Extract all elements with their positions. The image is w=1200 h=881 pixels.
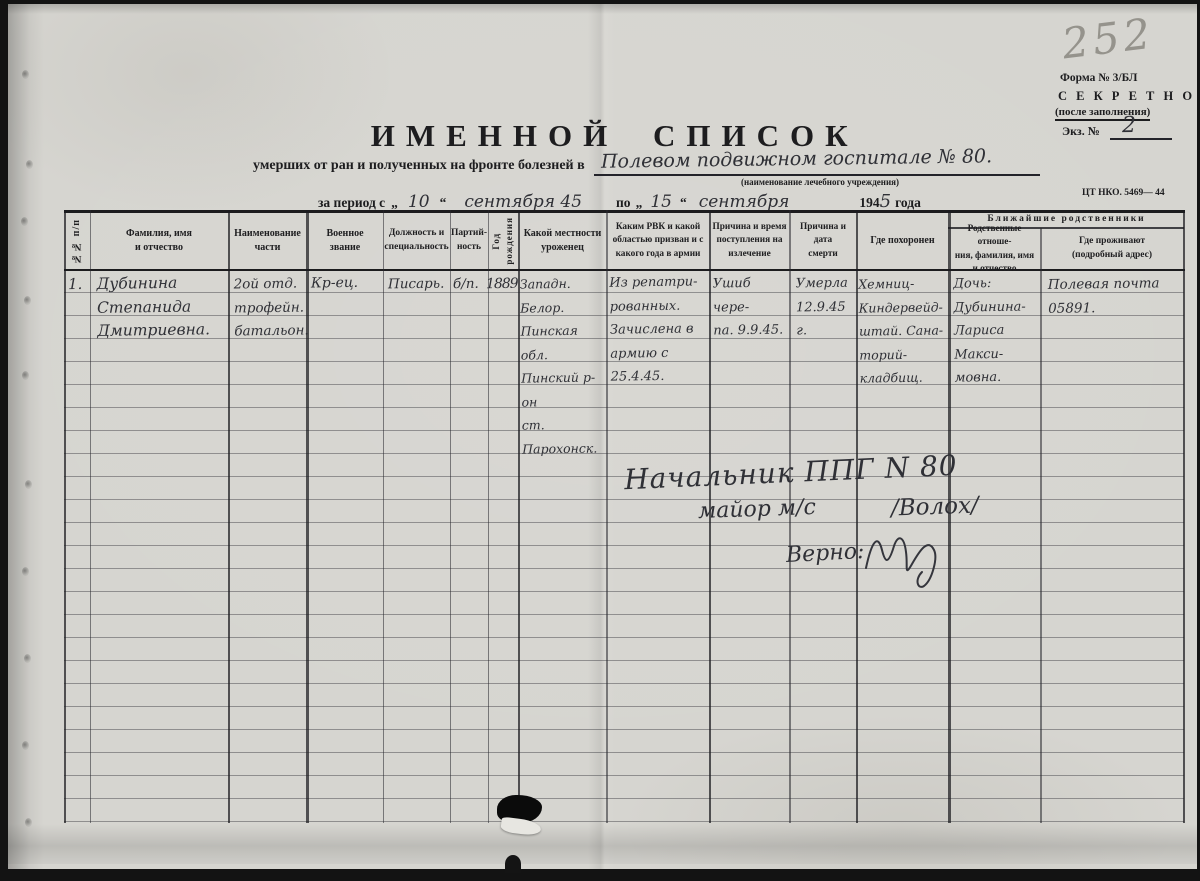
close-quote: “ — [680, 195, 687, 211]
col-header-address: Где проживают (подробный адрес) — [1042, 229, 1182, 268]
column-line — [488, 210, 489, 823]
cell-burial: Хемниц- Киндервейд- штай. Сана- торий-кл… — [858, 271, 949, 390]
punch-hole — [26, 160, 33, 169]
cell-party: б/п. — [453, 276, 479, 292]
col-header-death: Причина и дата смерти — [791, 213, 855, 269]
cell-position: Писарь. — [388, 276, 448, 293]
punch-hole — [25, 480, 32, 489]
col-header-name: Фамилия, имя и отчество — [92, 213, 226, 269]
col-header-rank: Военное звание — [308, 213, 382, 269]
col-header-birth-year: Год рождения — [489, 214, 517, 268]
year-suffix: года — [895, 195, 921, 211]
col-header-drafted: Каким РВК и какой областью призван и с к… — [608, 213, 708, 269]
cell-name: Дубинина Степанида Дмитриевна. — [97, 271, 228, 343]
year-printed: 194 — [859, 195, 879, 211]
punch-hole — [24, 654, 31, 663]
col-header-relation: Родственные отноше- ния, фамилия, имя и … — [950, 229, 1039, 268]
open-quote: „ — [636, 195, 643, 211]
bottom-crease — [8, 824, 1197, 864]
subtitle-printed: умерших от ран и полученных на фронте бо… — [253, 158, 585, 174]
col-header-burial: Где похоронен — [858, 213, 947, 269]
bottom-edge-notch — [505, 855, 521, 873]
cell-address: Полевая почта 05891. — [1048, 272, 1181, 321]
row-number: 1. — [68, 275, 83, 293]
punch-hole — [21, 217, 28, 226]
table-right-border — [1183, 210, 1185, 823]
punch-hole — [22, 371, 29, 380]
cell-drafted: Из репатри- рованных. Зачислена в армию … — [609, 270, 710, 389]
punch-hole — [22, 567, 29, 576]
copy-number-handwritten: 2 — [1122, 113, 1136, 138]
close-quote: “ — [440, 195, 447, 211]
signature-name: /Волох/ — [891, 492, 980, 521]
period-to-label: по — [616, 195, 631, 211]
period-prefix: за период с — [318, 195, 385, 211]
column-line — [306, 210, 309, 823]
signature-scribble — [858, 520, 968, 590]
punch-hole — [24, 296, 31, 305]
cell-unit: 2ой отд. трофейн. батальон. — [234, 273, 307, 344]
punch-hole — [22, 70, 29, 79]
secrecy-stamp: С Е К Р Е Т Н О — [1058, 89, 1195, 104]
open-quote: „ — [391, 195, 398, 211]
subtitle-underline — [594, 174, 1040, 176]
col-header-unit: Наименование части — [230, 213, 305, 269]
certified-label: Верно: — [785, 539, 865, 568]
table-left-border — [64, 210, 66, 823]
col-header-birthplace: Какой местности уроженец — [520, 213, 605, 269]
form-reference: Форма № 3/БЛ — [1060, 72, 1138, 84]
column-line — [606, 210, 608, 823]
cell-birth-year: 1889 — [486, 276, 518, 292]
col-header-num: №№ п/п — [65, 214, 89, 268]
column-line — [383, 210, 384, 823]
cell-relatives: Дочь: Дубинина- Лариса Макси- мовна. — [953, 271, 1042, 390]
copy-number-underline — [1110, 138, 1172, 140]
print-shop-reference: ЦТ НКО. 5469— 44 — [1082, 188, 1165, 198]
cell-birthplace: Западн. Белор. Пинская обл. Пинский р-он… — [520, 271, 608, 460]
signature-rank: майор м/с — [698, 495, 817, 524]
cell-admission: Ушиб чере- па. 9.9.45. — [713, 271, 790, 343]
scanned-document: 252 Форма № 3/БЛ С Е К Р Е Т Н О (после … — [0, 0, 1200, 881]
copy-label: Экз. № — [1062, 124, 1100, 139]
cell-death: Умерла 12.9.45 г. — [796, 272, 859, 343]
col-header-admission: Причина и время поступления на излечение — [711, 213, 788, 269]
cell-rank: Кр-ец. — [311, 275, 381, 292]
col-header-party: Партий- ность — [452, 213, 486, 269]
col-header-position: Должность и специальность — [385, 213, 448, 269]
column-line — [450, 210, 451, 823]
binding-shadow — [8, 4, 44, 869]
column-line — [228, 210, 230, 823]
punch-hole — [25, 818, 32, 827]
year-digit-handwritten: 5 — [880, 191, 891, 212]
punch-hole — [22, 741, 29, 750]
subtitle-caption: (наименование лечебного учреждения) — [650, 177, 990, 187]
secrecy-note: (после заполнения) — [1055, 106, 1150, 121]
column-line — [90, 210, 91, 823]
